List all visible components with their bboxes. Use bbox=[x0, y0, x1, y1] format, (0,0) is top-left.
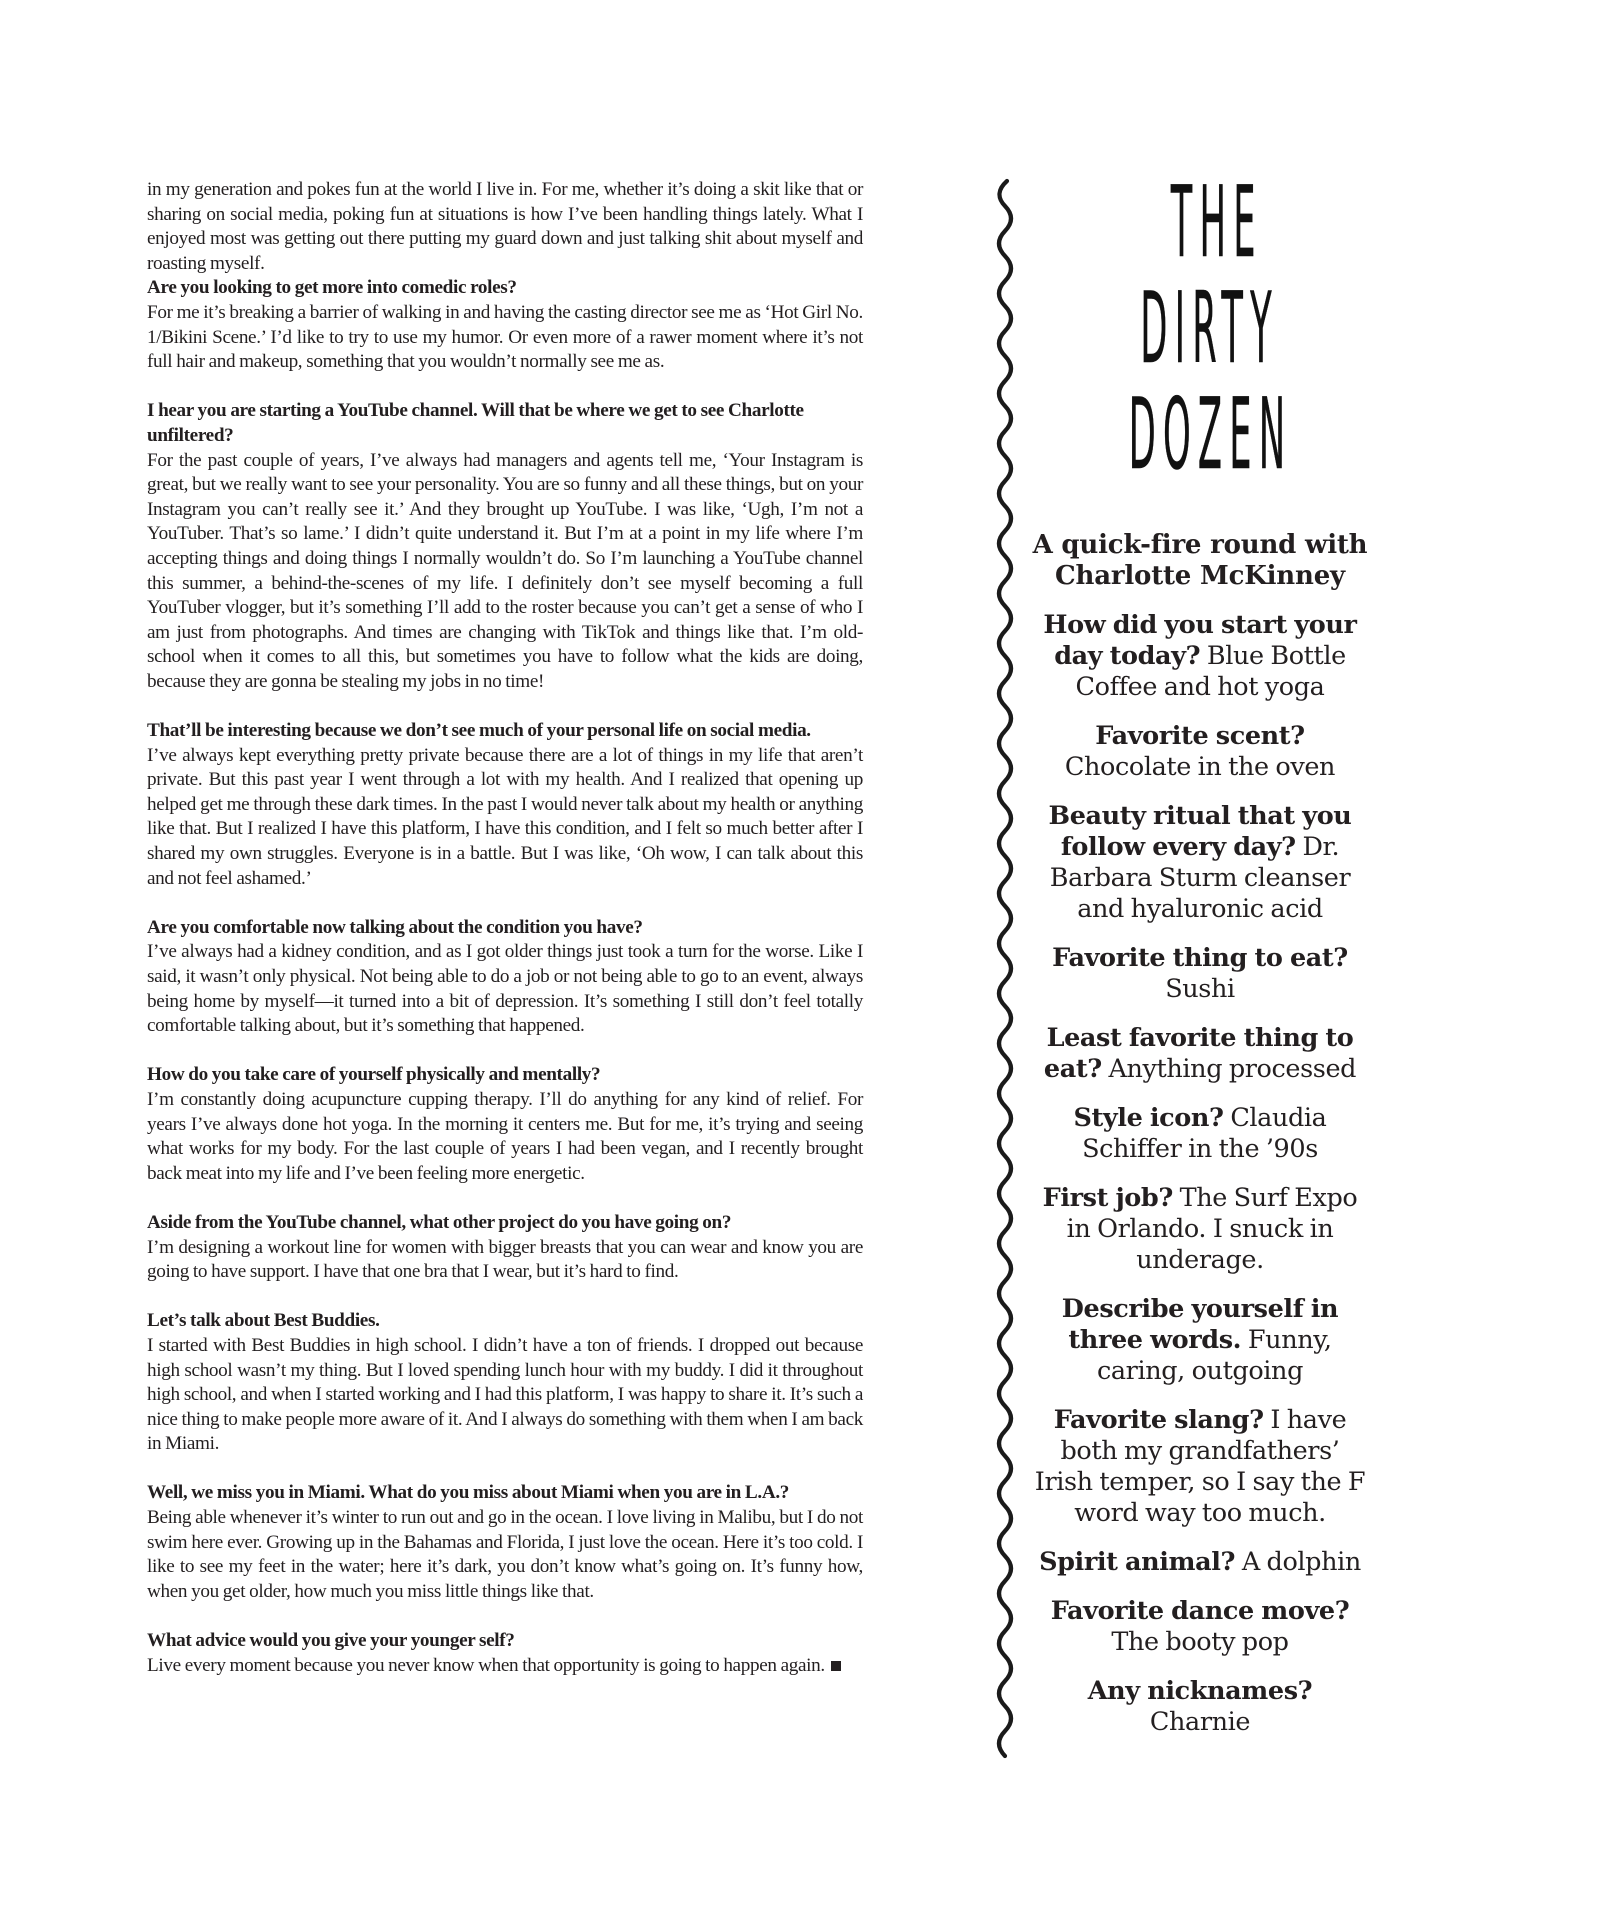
wavy-line-divider-icon bbox=[993, 178, 1017, 1768]
interview-question: That’ll be interesting because we don’t … bbox=[147, 719, 863, 744]
qa-block: I hear you are starting a YouTube channe… bbox=[147, 399, 863, 694]
qa-block: Are you comfortable now talking about th… bbox=[147, 916, 863, 1039]
quick-fire-answer: Sushi bbox=[1165, 974, 1235, 1004]
quick-fire-item: Style icon? Claudia Schiffer in the ’90s bbox=[1030, 1103, 1370, 1165]
qa-block: Are you looking to get more into comedic… bbox=[147, 276, 863, 374]
quick-fire-item: Favorite thing to eat?Sushi bbox=[1030, 943, 1370, 1005]
qa-block: Let’s talk about Best Buddies. I started… bbox=[147, 1309, 863, 1457]
interview-answer: I’ve always had a kidney condition, and … bbox=[147, 940, 863, 1038]
quick-fire-item: Spirit animal? A dolphin bbox=[1030, 1547, 1370, 1578]
sidebar-subtitle: A quick-fire round with Charlotte McKinn… bbox=[1030, 530, 1370, 592]
interview-question: Well, we miss you in Miami. What do you … bbox=[147, 1481, 863, 1506]
title-line: DIRTY bbox=[1141, 276, 1280, 382]
quick-fire-item: Any nicknames?Charnie bbox=[1030, 1676, 1370, 1738]
interview-answer: For the past couple of years, I’ve alway… bbox=[147, 449, 863, 695]
interview-answer: I’ve always kept everything pretty priva… bbox=[147, 744, 863, 892]
quick-fire-item: Beauty ritual that you follow every day?… bbox=[1030, 801, 1370, 925]
interview-article: in my generation and pokes fun at the wo… bbox=[147, 178, 863, 1703]
qa-block: That’ll be interesting because we don’t … bbox=[147, 719, 863, 891]
dirty-dozen-sidebar: THE DIRTY DOZEN A quick-fire round with … bbox=[1030, 170, 1370, 1756]
quick-fire-item: Favorite dance move?The booty pop bbox=[1030, 1596, 1370, 1658]
quick-fire-answer: A dolphin bbox=[1242, 1547, 1361, 1577]
quick-fire-question: Style icon? bbox=[1073, 1103, 1223, 1133]
quick-fire-question: Favorite dance move? bbox=[1051, 1596, 1350, 1626]
quick-fire-question: First job? bbox=[1043, 1183, 1173, 1213]
sidebar-title: THE DIRTY DOZEN bbox=[1050, 170, 1370, 488]
title-line: DOZEN bbox=[1128, 382, 1292, 488]
quick-fire-item: Least favorite thing to eat? Anything pr… bbox=[1030, 1023, 1370, 1085]
qa-block: How do you take care of yourself physica… bbox=[147, 1063, 863, 1186]
interview-question: Are you comfortable now talking about th… bbox=[147, 916, 863, 941]
magazine-page: in my generation and pokes fun at the wo… bbox=[0, 0, 1600, 1920]
qa-block: What advice would you give your younger … bbox=[147, 1629, 863, 1678]
quick-fire-answer: The booty pop bbox=[1111, 1627, 1288, 1657]
quick-fire-question: Favorite slang? bbox=[1054, 1405, 1264, 1435]
quick-fire-item: Favorite scent? Chocolate in the oven bbox=[1030, 721, 1370, 783]
title-line: THE bbox=[1171, 170, 1263, 276]
final-answer: Live every moment because you never know… bbox=[147, 1654, 863, 1679]
interview-question: How do you take care of yourself physica… bbox=[147, 1063, 863, 1088]
interview-answer: I’m constantly doing acupuncture cupping… bbox=[147, 1088, 863, 1186]
qa-block: Aside from the YouTube channel, what oth… bbox=[147, 1211, 863, 1285]
quick-fire-question: Spirit animal? bbox=[1039, 1547, 1235, 1577]
end-of-article-square-icon bbox=[831, 1661, 841, 1671]
quick-fire-question: Any nicknames? bbox=[1088, 1676, 1312, 1706]
interview-question: I hear you are starting a YouTube channe… bbox=[147, 399, 863, 448]
interview-question: Aside from the YouTube channel, what oth… bbox=[147, 1211, 863, 1236]
quick-fire-item: How did you start your day today? Blue B… bbox=[1030, 610, 1370, 703]
interview-answer: Live every moment because you never know… bbox=[147, 1655, 825, 1676]
quick-fire-question: Favorite scent? bbox=[1095, 721, 1304, 751]
interview-answer: Being able whenever it’s winter to run o… bbox=[147, 1506, 863, 1604]
quick-fire-item: First job? The Surf Expo in Orlando. I s… bbox=[1030, 1183, 1370, 1276]
quick-fire-answer: Anything processed bbox=[1109, 1054, 1357, 1084]
interview-answer: I’m designing a workout line for women w… bbox=[147, 1236, 863, 1285]
interview-answer: For me it’s breaking a barrier of walkin… bbox=[147, 301, 863, 375]
article-intro-paragraph: in my generation and pokes fun at the wo… bbox=[147, 178, 863, 276]
interview-question: What advice would you give your younger … bbox=[147, 1629, 863, 1654]
quick-fire-answer: Charnie bbox=[1150, 1707, 1250, 1737]
interview-question: Let’s talk about Best Buddies. bbox=[147, 1309, 863, 1334]
quick-fire-answer: Chocolate in the oven bbox=[1065, 752, 1335, 782]
interview-answer: I started with Best Buddies in high scho… bbox=[147, 1334, 863, 1457]
quick-fire-question: Favorite thing to eat? bbox=[1052, 943, 1348, 973]
interview-question: Are you looking to get more into comedic… bbox=[147, 276, 863, 301]
qa-block: Well, we miss you in Miami. What do you … bbox=[147, 1481, 863, 1604]
quick-fire-item: Favorite slang? I have both my grandfath… bbox=[1030, 1405, 1370, 1529]
quick-fire-item: Describe yourself in three words. Funny,… bbox=[1030, 1294, 1370, 1387]
